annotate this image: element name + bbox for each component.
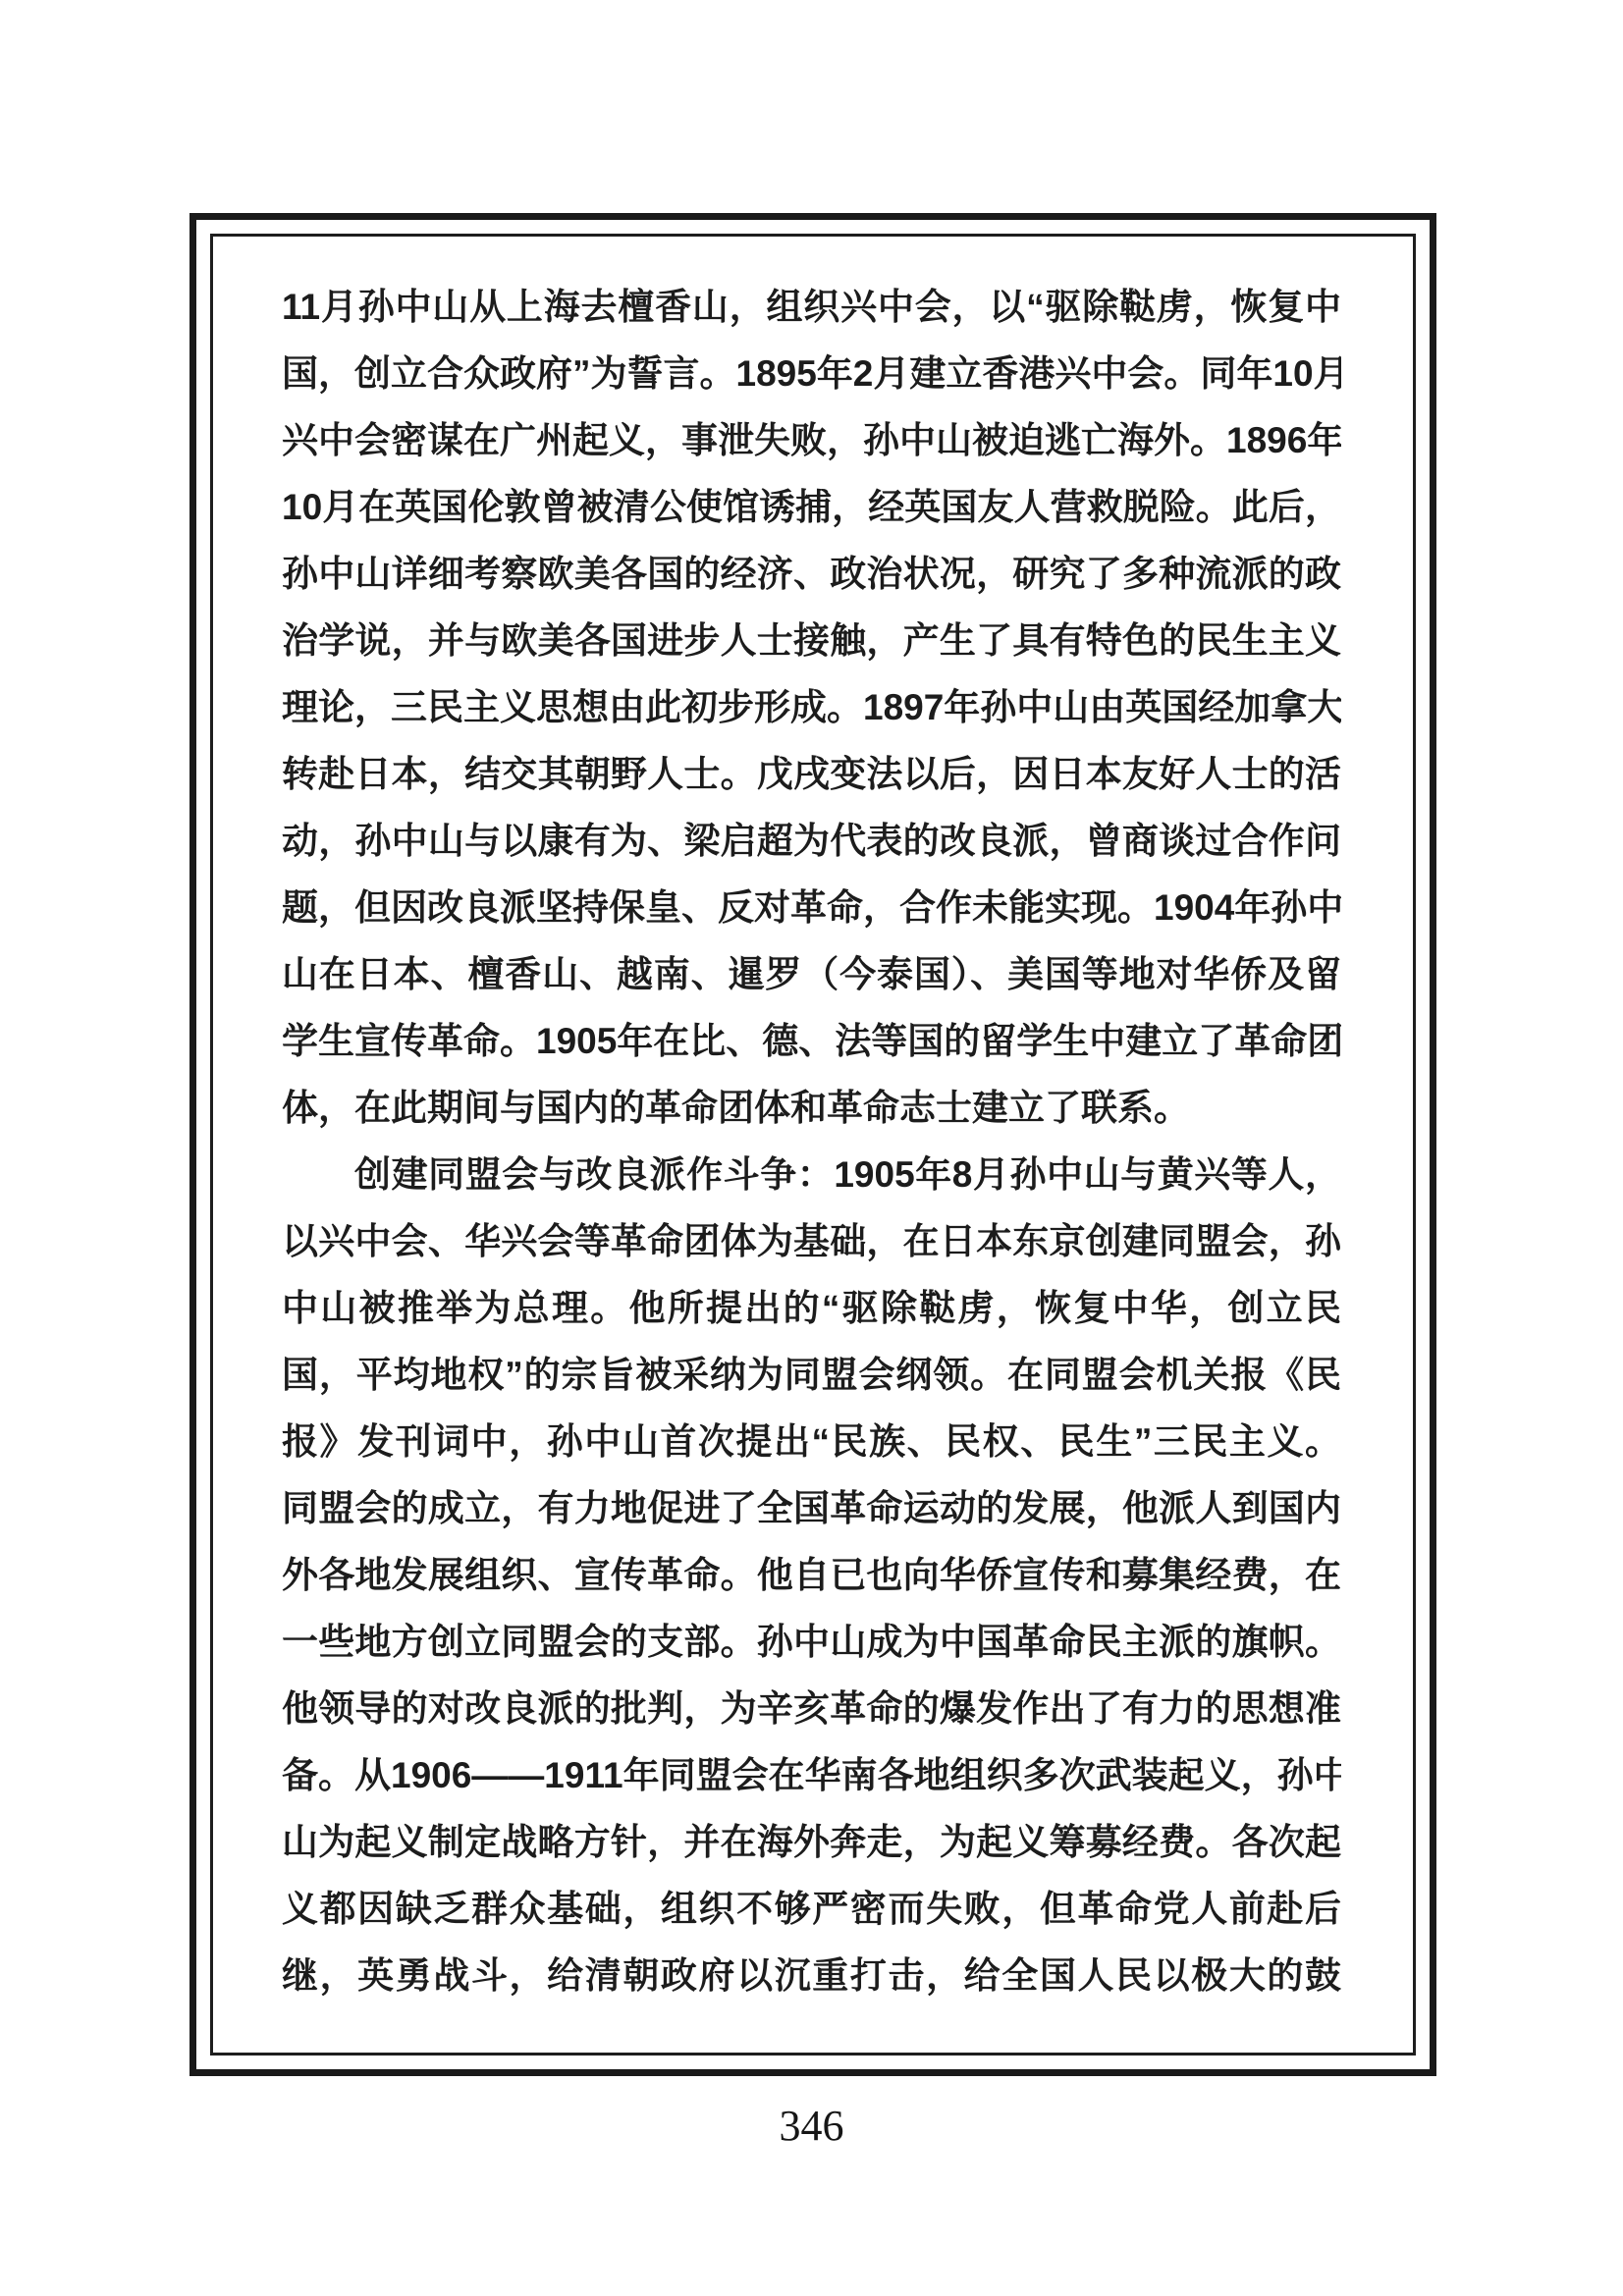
text-line: 山在日本、檀香山、越南、暹罗（今泰国）、美国等地对华侨及留 <box>282 941 1341 1008</box>
text-line: 治学说，并与欧美各国进步人士接触，产生了具有特色的民生主义 <box>282 608 1341 674</box>
book-page: 11月孙中山从上海去檀香山，组织兴中会，以“驱除鞑虏，恢复中国，创立合众政府”为… <box>0 0 1623 2296</box>
text-line: 11月孙中山从上海去檀香山，组织兴中会，以“驱除鞑虏，恢复中 <box>282 274 1341 341</box>
text-line: 以兴中会、华兴会等革命团体为基础，在日本东京创建同盟会，孙 <box>282 1208 1341 1275</box>
text-line: 继，英勇战斗，给清朝政府以沉重打击，给全国人民以极大的鼓 <box>282 1943 1341 2009</box>
text-line: 备。从1906——1911年同盟会在华南各地组织多次武装起义，孙中 <box>282 1742 1341 1809</box>
text-line: 体，在此期间与国内的革命团体和革命志士建立了联系。 <box>282 1075 1341 1142</box>
text-line: 理论，三民主义思想由此初步形成。1897年孙中山由英国经加拿大 <box>282 674 1341 741</box>
text-line: 国，创立合众政府”为誓言。1895年2月建立香港兴中会。同年10月 <box>282 341 1341 407</box>
text-line: 外各地发展组织、宣传革命。他自已也向华侨宣传和募集经费，在 <box>282 1542 1341 1609</box>
body-text: 11月孙中山从上海去檀香山，组织兴中会，以“驱除鞑虏，恢复中国，创立合众政府”为… <box>213 237 1413 2053</box>
page-inner-border: 11月孙中山从上海去檀香山，组织兴中会，以“驱除鞑虏，恢复中国，创立合众政府”为… <box>210 234 1416 2056</box>
text-line: 山为起义制定战略方针，并在海外奔走，为起义筹募经费。各次起 <box>282 1809 1341 1876</box>
text-line: 一些地方创立同盟会的支部。孙中山成为中国革命民主派的旗帜。 <box>282 1609 1341 1676</box>
text-line: 题，但因改良派坚持保皇、反对革命，合作未能实现。1904年孙中 <box>282 875 1341 941</box>
text-line: 10月在英国伦敦曾被清公使馆诱捕，经英国友人营救脱险。此后， <box>282 474 1341 541</box>
text-line: 同盟会的成立，有力地促进了全国革命运动的发展，他派人到国内 <box>282 1475 1341 1542</box>
text-line: 创建同盟会与改良派作斗争：1905年8月孙中山与黄兴等人， <box>282 1142 1341 1208</box>
text-line: 学生宣传革命。1905年在比、德、法等国的留学生中建立了革命团 <box>282 1008 1341 1075</box>
text-line: 他领导的对改良派的批判，为辛亥革命的爆发作出了有力的思想准 <box>282 1676 1341 1742</box>
page-number: 346 <box>0 2101 1623 2151</box>
page-outer-border: 11月孙中山从上海去檀香山，组织兴中会，以“驱除鞑虏，恢复中国，创立合众政府”为… <box>189 213 1436 2076</box>
text-line: 义都因缺乏群众基础，组织不够严密而失败，但革命党人前赴后 <box>282 1876 1341 1943</box>
text-line: 转赴日本，结交其朝野人士。戊戌变法以后，因日本友好人士的活 <box>282 741 1341 808</box>
text-line: 中山被推举为总理。他所提出的“驱除鞑虏，恢复中华，创立民 <box>282 1275 1341 1342</box>
text-line: 兴中会密谋在广州起义，事泄失败，孙中山被迫逃亡海外。1896年 <box>282 407 1341 474</box>
text-line: 报》发刊词中，孙中山首次提出“民族、民权、民生”三民主义。 <box>282 1409 1341 1475</box>
text-line: 孙中山详细考察欧美各国的经济、政治状况，研究了多种流派的政 <box>282 541 1341 608</box>
text-line: 国，平均地权”的宗旨被采纳为同盟会纲领。在同盟会机关报《民 <box>282 1342 1341 1409</box>
text-line: 动，孙中山与以康有为、梁启超为代表的改良派，曾商谈过合作问 <box>282 808 1341 875</box>
